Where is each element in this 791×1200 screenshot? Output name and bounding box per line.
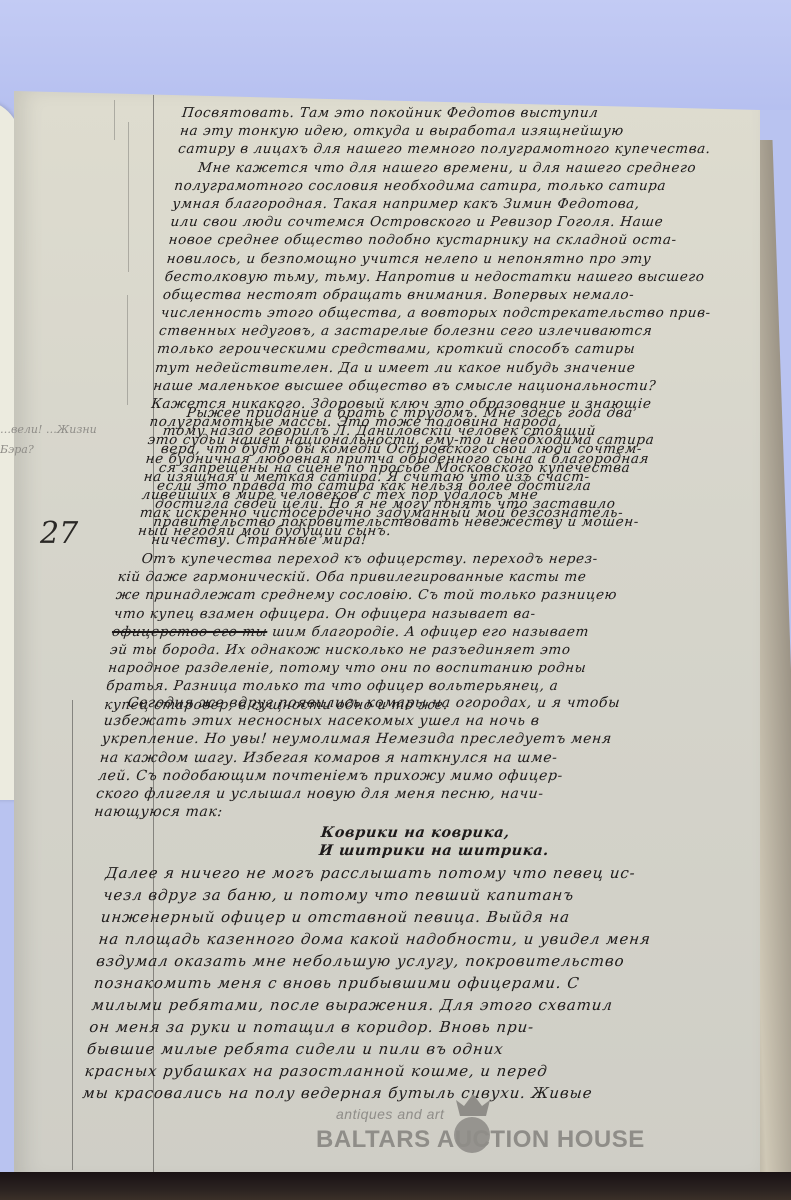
marginalia-line: …вели! …Жизни (0, 420, 97, 440)
pencil-margin-line (127, 295, 128, 405)
watermark-subtitle: antiques and art (316, 1106, 444, 1122)
table-surface-edge (0, 1172, 791, 1200)
text-line: укрепление. Но увы! неумолимая Немезида … (101, 730, 783, 748)
verse-line: Коврики на коврика, (150, 824, 652, 842)
text-line: ственных недуговъ, а застарелые болезни … (158, 322, 760, 340)
manuscript-text-p5: Сегодня же вдруг появились комары на ого… (93, 694, 786, 821)
text-line: полуграмотного сословия необходима сатир… (173, 177, 775, 195)
watermark-title: BALTARS AUCTION HOUSE (316, 1126, 645, 1154)
text-line: или свои люди сочтемся Островского и Рев… (170, 213, 772, 231)
page-number: 27 (40, 516, 78, 551)
text-line: он меня за руки и потащил в коридор. Вно… (88, 1016, 790, 1038)
text-line: же принадлежат среднему сословію. Съ той… (115, 586, 777, 604)
text-line: сатиру в лицахъ для нашего темного полуг… (177, 140, 779, 158)
text-line: достигла своей цели. Но я не могу понять… (154, 495, 756, 513)
auction-house-watermark: antiques and art BALTARS AUCTION HOUSE (316, 1106, 716, 1166)
text-line: Посвятовать. Там это покойник Федотов вы… (181, 104, 783, 122)
text-line: народное разделеніе, потому что они по в… (107, 659, 769, 677)
text-line: вера, что будто бы комедій Островского с… (160, 440, 762, 458)
text-line: новилось, и безпомощно учится нелепо и н… (166, 250, 768, 268)
verse-line: И шитрики на шитрика. (148, 842, 650, 860)
marginalia-line: Бэра? (0, 440, 97, 460)
text-line: бывшие милые ребята сидели и пили въ одн… (86, 1038, 788, 1060)
text-line: избежать этих несносных насекомых ушел н… (103, 712, 785, 730)
verse-quote: Коврики на коврика, И шитрики на шитрика… (148, 824, 652, 860)
text-line: наше маленькое высшее общество въ смысле… (152, 377, 754, 395)
text-line: общества нестоят обращать внимания. Вопе… (162, 286, 764, 304)
text-line: правительство покровительствовать невеже… (152, 513, 754, 531)
text-line: ничеству. Странные мира! (150, 531, 752, 549)
text-line: нающуюся так: (93, 803, 775, 821)
pencil-marginalia: …вели! …Жизни Бэра? (0, 420, 97, 460)
text-line: Отъ купечества переход къ офицерству. пе… (119, 550, 781, 568)
text-line: новое среднее общество подобно кустарник… (168, 231, 770, 249)
manuscript-text-p4: Отъ купечества переход къ офицерству. пе… (103, 550, 780, 714)
text-line: ского флигеля и услышал новую для меня п… (95, 785, 777, 803)
text-line: на эту тонкую идею, откуда и выработал и… (179, 122, 781, 140)
pencil-margin-line (114, 100, 115, 140)
text-line: эй ты борода. Их однакож нисколько не ра… (109, 641, 771, 659)
text-line: тому назад говорилъ Л. Даниловскій челов… (162, 422, 764, 440)
crown-icon (456, 1094, 490, 1116)
text-line: только героическими средствами, кроткий … (156, 340, 758, 358)
text-line: тут недействителен. Да и имеет ли какое … (154, 359, 756, 377)
text-line: лей. Съ подобающим почтеніемъ прихожу ми… (97, 767, 779, 785)
text-line: ся запрещены на сцене по просьбе Московс… (158, 459, 760, 477)
margin-rule-line-lower (72, 700, 73, 1170)
text-line: красных рубашках на разостланной кошме, … (84, 1060, 786, 1082)
text-segment: шим благородіе. А офицер его называет (271, 624, 589, 640)
manuscript-text-p3: Рыжее придание а брать с трудомъ. Мне зд… (150, 404, 765, 550)
text-line: Далее я ничего не могъ расслышать потому… (104, 862, 791, 884)
text-line: Мне кажется что для нашего времени, и дл… (175, 159, 777, 177)
text-line: мы красовались на полу ведерная бутыль с… (81, 1082, 783, 1104)
text-line: офицерство его ты шим благородіе. А офиц… (111, 623, 773, 641)
struck-text: офицерство его ты (111, 624, 268, 640)
manuscript-text-p6: Далее я ничего не могъ расслышать потому… (81, 862, 791, 1104)
text-line: что купец взамен офицера. Он офицера наз… (113, 605, 775, 623)
text-line: умная благородная. Такая например какъ З… (171, 195, 773, 213)
text-line: если это правда то сатира как нельзя бол… (156, 477, 758, 495)
text-line: Сегодня же вдруг появились комары на ого… (105, 694, 787, 712)
text-line: численность этого общества, а вовторых п… (160, 304, 762, 322)
text-line: Рыжее придание а брать с трудомъ. Мне зд… (164, 404, 766, 422)
text-line: чезл вдруг за баню, и потому что певший … (102, 884, 791, 906)
text-line: вздумал оказать мне небольшую услугу, по… (95, 950, 791, 972)
text-line: бестолковую тьму, тьму. Напротив и недос… (164, 268, 766, 286)
text-line: познакомить меня с вновь прибывшими офиц… (93, 972, 791, 994)
text-line: на площадь казенного дома какой надобнос… (97, 928, 791, 950)
text-line: на каждом шагу. Избегая комаров я наткну… (99, 749, 781, 767)
text-line: братья. Разница только та что офицер вол… (105, 677, 767, 695)
text-line: инженерный офицер и отставной певица. Вы… (100, 906, 791, 928)
background-surface (0, 0, 791, 110)
pencil-margin-line (128, 122, 129, 272)
text-line: кій даже гармоническій. Оба привилегиров… (117, 568, 779, 586)
text-line: милыми ребятами, после выражения. Для эт… (91, 994, 791, 1016)
